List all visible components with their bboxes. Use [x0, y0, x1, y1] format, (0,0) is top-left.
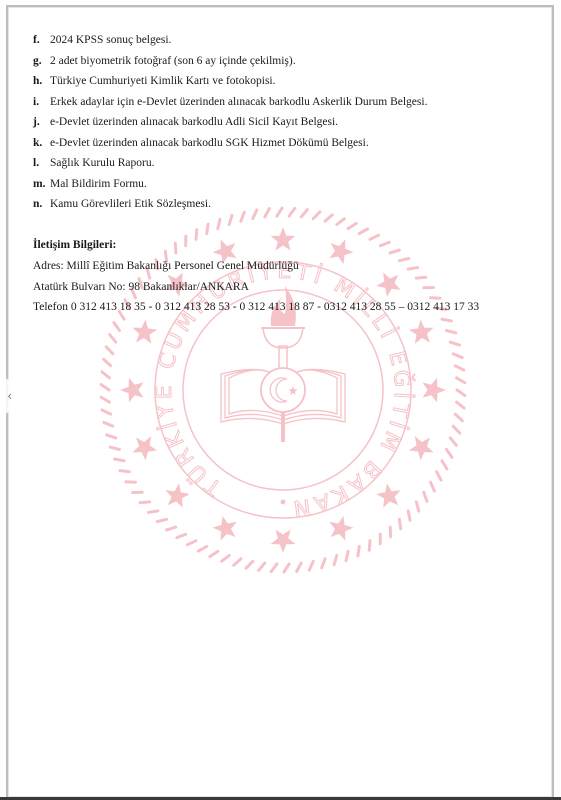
list-item-label: i.	[33, 94, 50, 110]
contact-street: Atatürk Bulvarı No: 98 Bakanlıklar/ANKAR…	[33, 279, 249, 295]
list-item-label: l.	[33, 155, 50, 171]
contact-phone: Telefon 0 312 413 18 35 - 0 312 413 28 5…	[33, 299, 479, 315]
list-item: k.e-Devlet üzerinden alınacak barkodlu S…	[33, 135, 369, 151]
list-item-text: Türkiye Cumhuriyeti Kimlik Kartı ve foto…	[50, 75, 276, 87]
document-viewer: TÜRKİYE CUMHURİYETİ MİLLİ EĞİTİM BAKANLI…	[0, 0, 561, 800]
list-item-label: f.	[33, 32, 50, 48]
list-item: g.2 adet biyometrik fotoğraf (son 6 ay i…	[33, 53, 296, 69]
list-item: l.Sağlık Kurulu Raporu.	[33, 155, 154, 171]
list-item-label: n.	[33, 196, 50, 212]
list-item-text: e-Devlet üzerinden alınacak barkodlu Adl…	[50, 116, 338, 128]
list-item-label: j.	[33, 114, 50, 130]
list-item: m.Mal Bildirim Formu.	[33, 176, 147, 192]
list-item-text: 2 adet biyometrik fotoğraf (son 6 ay içi…	[50, 55, 296, 67]
list-item: i.Erkek adaylar için e-Devlet üzerinden …	[33, 94, 427, 110]
document-content: f.2024 KPSS sonuç belgesi.g.2 adet biyom…	[0, 0, 561, 800]
list-item-text: Kamu Görevlileri Etik Sözleşmesi.	[50, 198, 211, 210]
list-item-text: Mal Bildirim Formu.	[50, 178, 147, 190]
contact-address: Adres: Millî Eğitim Bakanlığı Personel G…	[33, 258, 299, 274]
list-item-text: 2024 KPSS sonuç belgesi.	[50, 34, 171, 46]
list-item: f.2024 KPSS sonuç belgesi.	[33, 32, 171, 48]
list-item-label: g.	[33, 53, 50, 69]
list-item: n.Kamu Görevlileri Etik Sözleşmesi.	[33, 196, 211, 212]
list-item: j.e-Devlet üzerinden alınacak barkodlu A…	[33, 114, 338, 130]
list-item: h.Türkiye Cumhuriyeti Kimlik Kartı ve fo…	[33, 73, 276, 89]
list-item-text: Sağlık Kurulu Raporu.	[50, 157, 154, 169]
chevron-left-icon: ‹	[7, 389, 12, 403]
contact-heading: İletişim Bilgileri:	[33, 237, 116, 253]
list-item-text: e-Devlet üzerinden alınacak barkodlu SGK…	[50, 137, 369, 149]
list-item-label: m.	[33, 176, 50, 192]
list-item-label: k.	[33, 135, 50, 151]
list-item-label: h.	[33, 73, 50, 89]
list-item-text: Erkek adaylar için e-Devlet üzerinden al…	[50, 96, 427, 108]
